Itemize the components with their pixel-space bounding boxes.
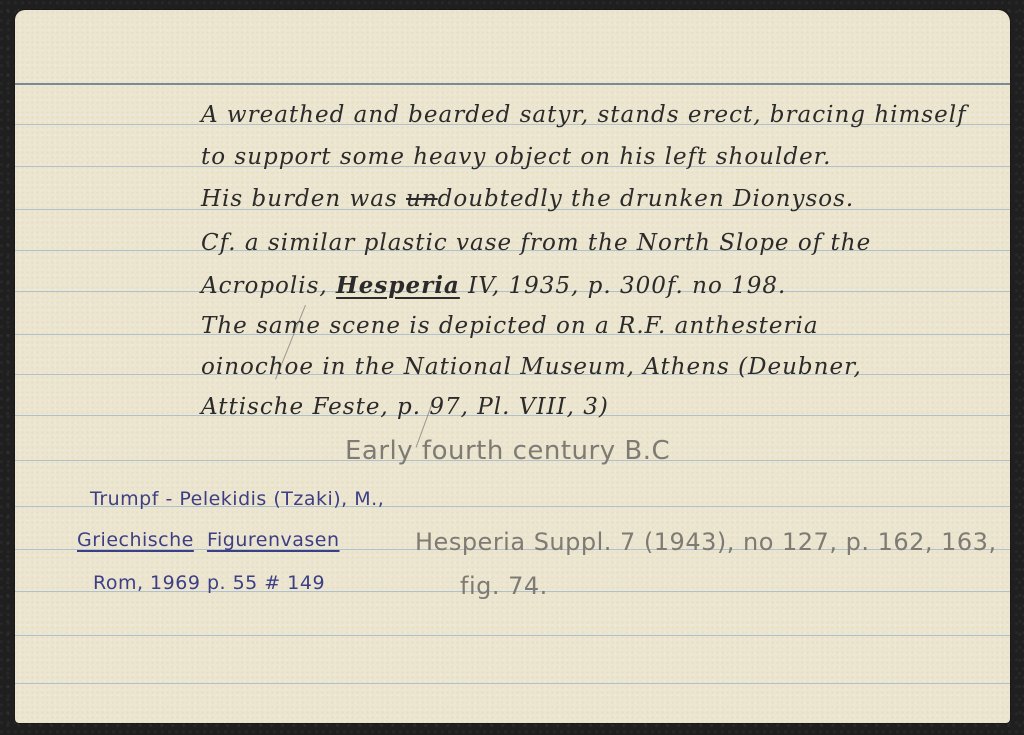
title-word-1: Griechische [77,529,194,551]
title-word-2: Figurenvasen [207,529,340,551]
acropolis-text: Acropolis, [201,273,336,299]
description-line-2: to support some heavy object on his left… [201,144,831,170]
description-line-7: oinochoe in the National Museum, Athens … [201,354,862,380]
pencil-reference-line-2: fig. 74. [460,572,548,600]
description-line-1: A wreathed and bearded satyr, stands ere… [201,102,967,128]
description-line-4: Cf. a similar plastic vase from the Nort… [201,230,871,256]
description-line-3: His burden was undoubtedly the drunken D… [201,186,854,212]
description-line-5: Acropolis, Hesperia IV, 1935, p. 300f. n… [201,272,786,299]
pencil-reference-line-1: Hesperia Suppl. 7 (1943), no 127, p. 162… [415,528,997,556]
journal-title-hesperia: Hesperia [336,272,460,299]
struck-text: un [406,186,438,212]
date-note: Early fourth century B.C [345,436,670,466]
index-card: A wreathed and bearded satyr, stands ere… [15,10,1010,723]
blue-reference-title: Griechische Figurenvasen [77,529,340,551]
citation-text: IV, 1935, p. 300f. no 198. [460,273,787,299]
rule-line [15,683,1010,684]
blue-reference-author: Trumpf - Pelekidis (Tzaki), M., [90,488,384,510]
line3-pre: His burden was [201,186,406,212]
description-line-8: Attische Feste, p. 97, Pl. VIII, 3) [201,394,609,420]
header-rule [15,83,1010,85]
blue-reference-publication: Rom, 1969 p. 55 # 149 [93,572,325,594]
rule-line [15,635,1010,636]
line3-post: doubtedly the drunken Dionysos. [438,186,855,212]
